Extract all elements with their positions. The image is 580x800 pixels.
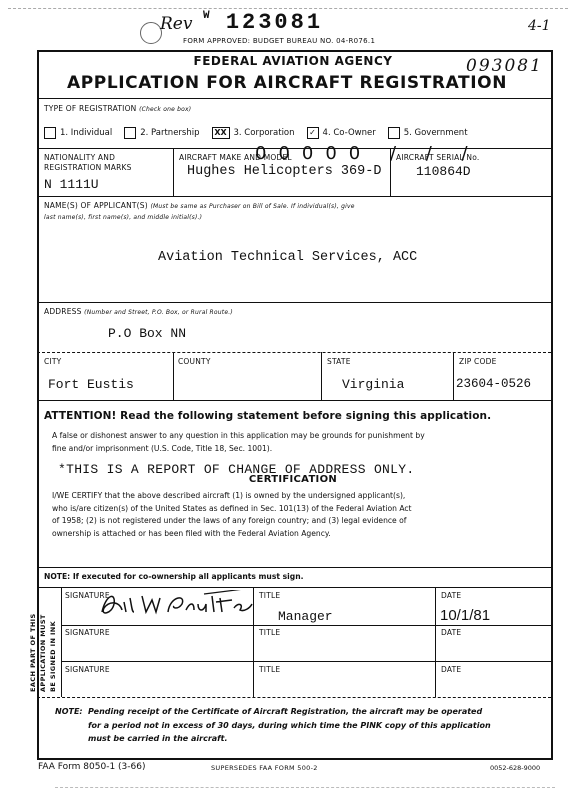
co-ownership-note: NOTE: If executed for co-ownership all a… [44,571,303,584]
handwritten-date-code: 093081 [466,56,543,76]
checkbox[interactable] [44,127,56,139]
divider [37,697,551,698]
registration-marks-field[interactable]: N 1111U [44,177,99,192]
title-label: TITLE [259,628,280,637]
option-co-owner[interactable]: ✓4. Co-Owner [307,127,376,139]
divider [37,567,551,568]
checkbox[interactable] [388,127,400,139]
type-of-registration-label: TYPE OF REGISTRATION (Check one box) [44,104,191,113]
title-field[interactable]: Manager [278,609,333,624]
rev-handwritten: Rev [160,14,192,34]
county-label: COUNTY [178,357,211,366]
form-title: APPLICATION FOR AIRCRAFT REGISTRATION [37,73,537,93]
registration-type-options: 1. Individual 2. Partnership XX3. Corpor… [44,127,480,139]
scan-edge-line [55,787,555,788]
divider [37,587,551,588]
divider [37,302,551,303]
make-model-field[interactable]: Hughes Helicopters 369-D [187,164,381,179]
checkbox-checked[interactable]: XX [212,127,230,139]
divider [37,196,551,197]
divider [61,625,551,626]
date-label: DATE [441,665,461,674]
city-label: CITY [44,357,61,366]
signature-image[interactable] [94,590,254,618]
form-approved-note: FORM APPROVED: BUDGET BUREAU NO. 04-R076… [183,37,375,45]
rev-number: W 123081 [203,10,323,35]
county-field[interactable] [182,377,312,393]
checkbox-ticked[interactable]: ✓ [307,127,319,139]
title-label: TITLE [259,665,280,674]
stock-number: 0052-628-9000 [490,764,540,772]
divider [390,148,391,196]
attention-text: A false or dishonest answer to any quest… [52,430,425,455]
date-label: DATE [441,591,461,600]
pending-note-prefix: NOTE: [55,705,83,719]
pending-note-text: Pending receipt of the Certificate of Ai… [88,705,548,746]
certification-text: I/WE CERTIFY that the above described ai… [52,490,542,540]
address-label: ADDRESS (Number and Street, P.O. Box, or… [44,307,233,316]
option-individual[interactable]: 1. Individual [44,127,112,139]
option-partnership[interactable]: 2. Partnership [124,127,199,139]
serial-field[interactable]: 110864D [416,164,471,179]
divider [37,352,551,353]
state-field[interactable]: Virginia [342,377,404,392]
address-field[interactable]: P.O Box NN [108,326,186,341]
title-label: TITLE [259,591,280,600]
divider [435,587,436,697]
rev-prefix: W [203,10,210,22]
signature-label: SIGNATURE [65,628,110,637]
divider [321,352,322,400]
date-label: DATE [441,628,461,637]
date-field[interactable]: 10/1/81 [440,607,490,624]
option-government[interactable]: 5. Government [388,127,468,139]
handwritten-mark: 4-1 [528,18,551,34]
serial-label: AIRCRAFT SERIAL No. [396,153,479,162]
checkbox[interactable] [124,127,136,139]
divider [37,400,551,401]
divider [453,352,454,400]
divider [61,661,551,662]
applicant-label: NAME(S) OF APPLICANT(S) (Must be same as… [44,201,504,223]
option-corporation[interactable]: XX3. Corporation [212,127,295,139]
nationality-label: NATIONALITY ANDREGISTRATION MARKS [44,153,132,173]
sign-in-ink-label: EACH PART OF THIS APPLICATION MUST BE SI… [25,592,57,694]
stamp-circle [140,22,162,44]
city-field[interactable]: Fort Eustis [48,377,134,392]
zip-field[interactable]: 23604-0526 [456,377,531,391]
certification-title: CERTIFICATION [37,474,549,485]
divider [37,98,551,99]
divider [61,587,62,697]
applicant-name-field[interactable]: Aviation Technical Services, ACC [158,250,417,265]
supersedes-note: SUPERSEDES FAA FORM 500-2 [211,764,318,772]
scan-edge-line [8,8,568,9]
state-label: STATE [327,357,351,366]
signature-label: SIGNATURE [65,665,110,674]
divider [173,148,174,196]
attention-heading: ATTENTION! Read the following statement … [44,410,491,422]
make-model-label: AIRCRAFT MAKE AND MODEL [179,153,292,162]
zip-label: ZIP CODE [459,357,497,366]
rev-number-value: 123081 [226,10,323,35]
divider [173,352,174,400]
form-number: FAA Form 8050-1 (3-66) [38,762,146,772]
